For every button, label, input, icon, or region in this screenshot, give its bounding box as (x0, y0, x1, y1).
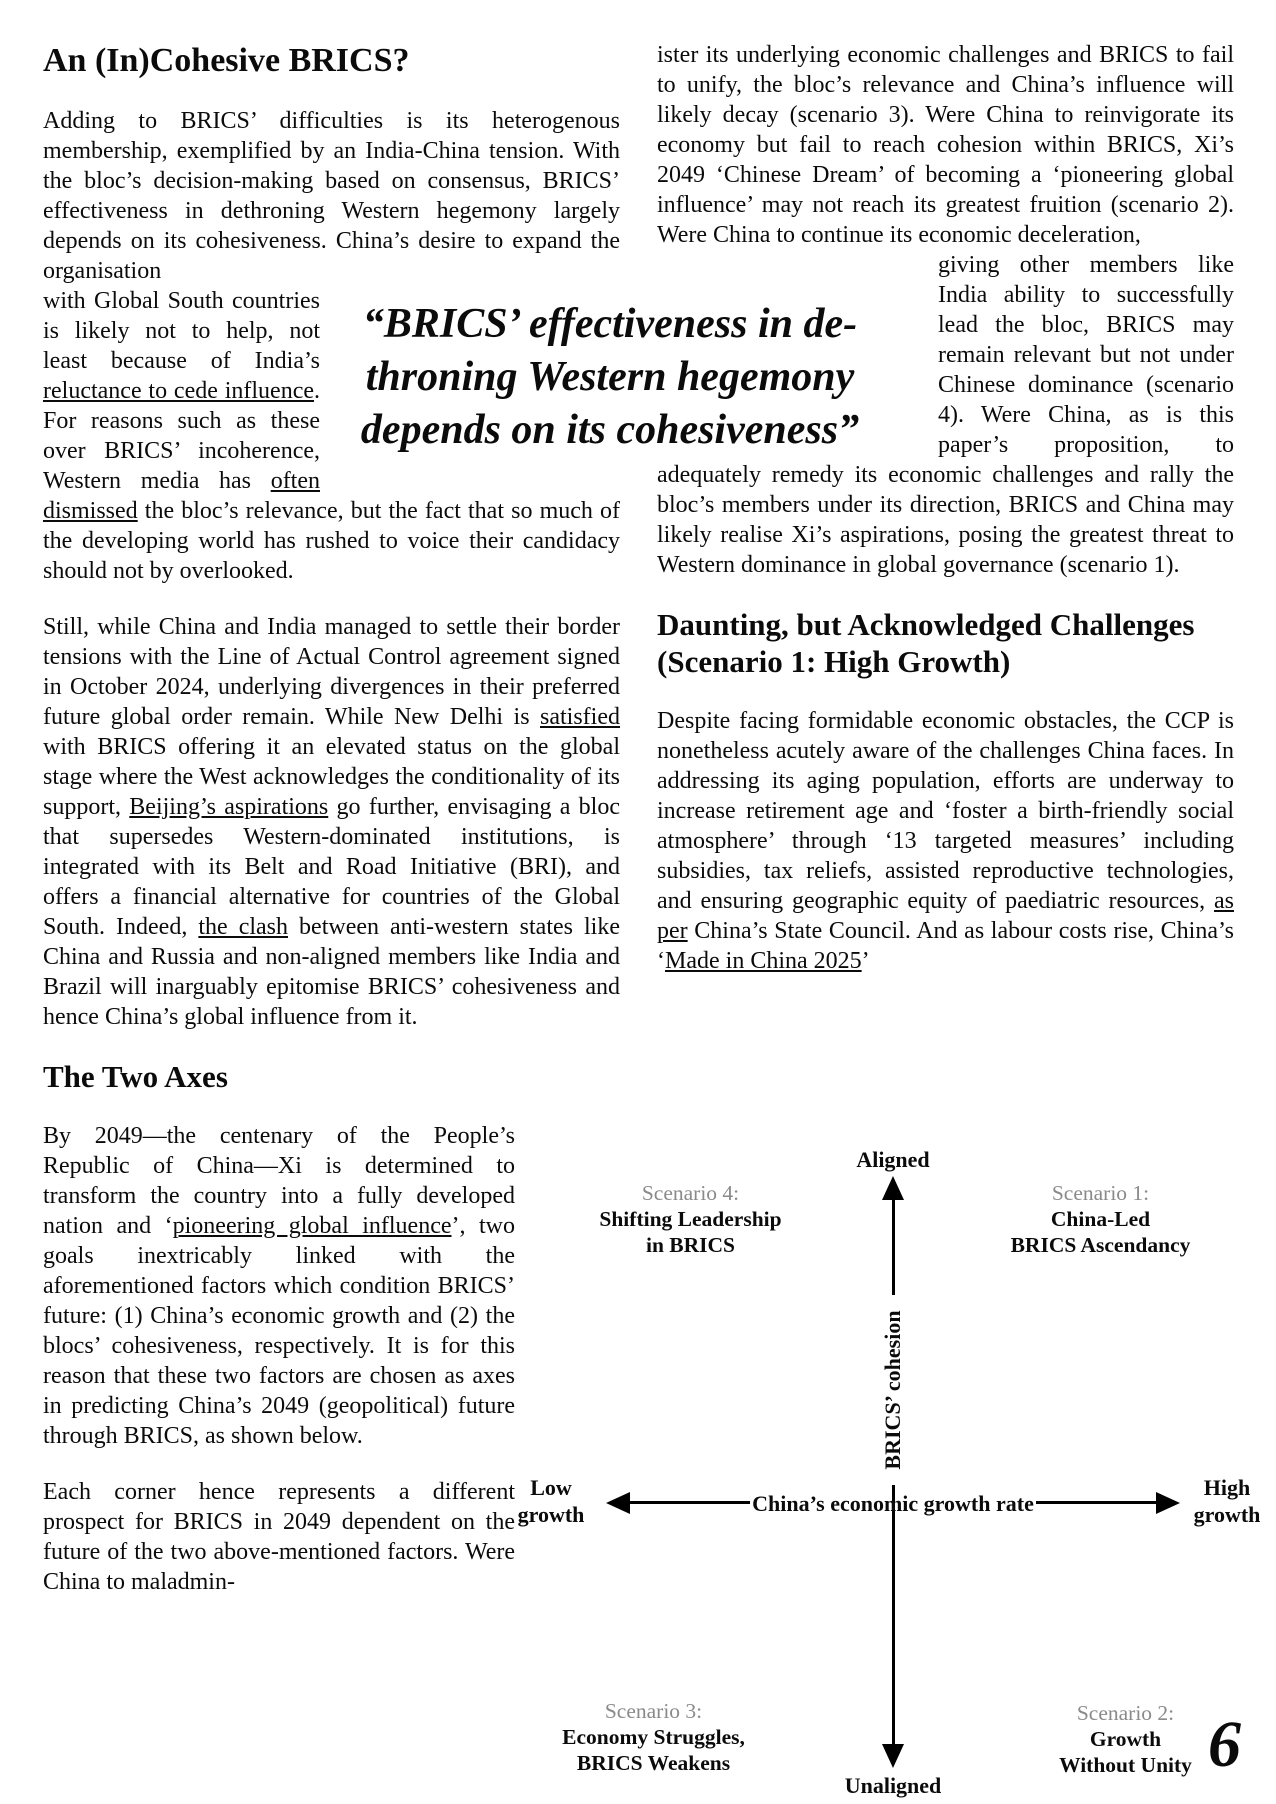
text-run: Despite facing formidable economic obsta… (657, 708, 1234, 914)
arrow-left-icon (606, 1492, 630, 1514)
horizontal-axis-label: China’s economic growth rate (748, 1490, 1038, 1517)
text-run: ister its underlying economic challenges… (657, 42, 1234, 248)
scenario-tag: Scenario 1: (998, 1180, 1203, 1206)
quadrant-label-top-right: Scenario 1: China-LedBRICS Ascendancy (998, 1180, 1203, 1258)
inline-link[interactable]: Made in China 2025 (665, 948, 862, 974)
quadrant-label-top-left: Scenario 4: Shifting Leadershipin BRICS (588, 1180, 793, 1258)
scenario-title: China-LedBRICS Ascendancy (998, 1206, 1203, 1258)
axis-bottom-label: Unaligned (793, 1772, 993, 1799)
quadrant-label-bottom-left: Scenario 3: Economy Struggles,BRICS Weak… (551, 1698, 756, 1776)
scenario-title: Economy Struggles,BRICS Weakens (551, 1724, 756, 1776)
arrow-down-icon (882, 1744, 904, 1768)
axis-top-label: Aligned (793, 1146, 993, 1173)
paragraph: Adding to BRICS’ difficulties is its het… (43, 106, 620, 286)
scenario-tag: Scenario 2: (1023, 1700, 1228, 1726)
axis-left-label: Lowgrowth (496, 1474, 606, 1528)
text-run: Adding to BRICS’ difficulties is its het… (43, 108, 620, 284)
scenario-title: Shifting Leadershipin BRICS (588, 1206, 793, 1258)
paragraph: Despite facing formidable economic obsta… (657, 706, 1234, 976)
paragraph: By 2049—the centenary of the People’s Re… (43, 1121, 515, 1451)
inline-link[interactable]: reluctance to cede influence (43, 378, 314, 404)
text-run: Still, while China and India managed to … (43, 614, 620, 730)
lower-left-block: The Two Axes By 2049—the centenary of th… (43, 1058, 515, 1597)
scenario-tag: Scenario 3: (551, 1698, 756, 1724)
section-heading: The Two Axes (43, 1058, 515, 1095)
horizontal-axis-line (628, 1501, 750, 1504)
text-run: Each corner hence represents a different… (43, 1479, 515, 1595)
inline-link[interactable]: satisfied (540, 704, 620, 730)
axis-right-label: Highgrowth (1172, 1474, 1276, 1528)
left-column: An (In)Cohesive BRICS? Adding to BRICS’ … (43, 40, 620, 1623)
pull-quote: “BRICS’ effectiveness in de-throning Wes… (330, 298, 890, 457)
right-column: ister its underlying economic challenges… (657, 40, 1234, 1002)
text-run: ’ (862, 948, 870, 974)
paragraph: Each corner hence represents a different… (43, 1477, 515, 1597)
horizontal-axis-line (1036, 1501, 1158, 1504)
arrow-up-icon (882, 1176, 904, 1200)
section-heading: Daunting, but Acknowledged Challenges (S… (657, 606, 1234, 680)
text-run: ’, two goals inextricably linked with th… (43, 1213, 515, 1449)
quadrant-label-bottom-right: Scenario 2: GrowthWithout Unity (1023, 1700, 1228, 1778)
text-run: with Global South countries is likely no… (43, 288, 320, 374)
paragraph: Still, while China and India managed to … (43, 612, 620, 1032)
scenario-title: GrowthWithout Unity (1023, 1726, 1228, 1778)
article-heading: An (In)Cohesive BRICS? (43, 40, 620, 82)
paper-page: An (In)Cohesive BRICS? Adding to BRICS’ … (0, 0, 1276, 1804)
scenario-tag: Scenario 4: (588, 1180, 793, 1206)
inline-link[interactable]: Beijing’s aspirations (129, 794, 328, 820)
vertical-axis-label: BRICS’ cohesion (879, 1295, 907, 1485)
inline-link[interactable]: the clash (198, 914, 288, 940)
page-number: 6 (1208, 1710, 1241, 1780)
inline-link[interactable]: pioneering global influence (173, 1213, 452, 1239)
paragraph: ister its underlying economic challenges… (657, 40, 1234, 250)
